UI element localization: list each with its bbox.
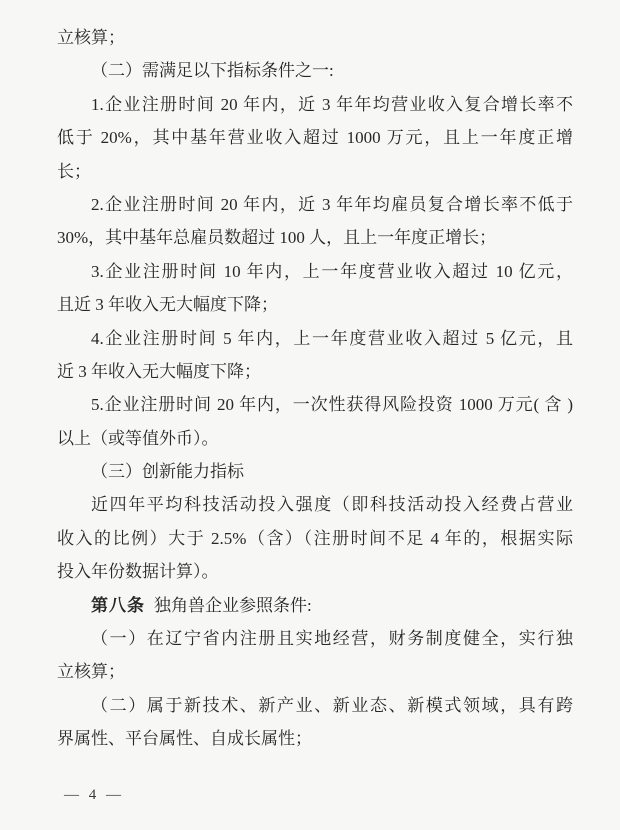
text-run: 30%，其中基年总雇员数超过 100 人，且上一年度正增长；	[57, 228, 496, 247]
text-line: 近 3 年收入无大幅度下降；	[57, 355, 573, 388]
text-line: 收入的比例）大于 2.5%（含）（注册时间不足 4 年的，根据实际	[57, 522, 573, 555]
text-run: 长；	[57, 162, 91, 181]
text-line: 1.企业注册时间 20 年内，近 3 年年均营业收入复合增长率不	[57, 88, 573, 121]
text-line: 以上（或等值外币）。	[57, 422, 573, 455]
text-run: 投入年份数据计算）。	[57, 562, 219, 581]
text-run: 近四年平均科技活动投入强度（即科技活动投入经费占营业	[91, 495, 573, 514]
text-line: 2.企业注册时间 20 年内，近 3 年年均雇员复合增长率不低于	[57, 188, 573, 221]
text-run: 1.企业注册时间 20 年内，近 3 年年均营业收入复合增长率不	[91, 95, 573, 114]
text-run: 收入的比例）大于 2.5%（含）（注册时间不足 4 年的，根据实际	[57, 529, 573, 548]
text-run: 5.企业注册时间 20 年内，一次性获得风险投资 1000 万元( 含 )	[91, 395, 573, 414]
text-line: 立核算；	[57, 21, 573, 54]
text-run: （一）在辽宁省内注册且实地经营，财务制度健全，实行独	[91, 629, 573, 648]
text-run: 4.企业注册时间 5 年内，上一年度营业收入超过 5 亿元，且	[91, 329, 573, 348]
text-run: （二）需满足以下指标条件之一:	[91, 61, 334, 80]
text-line: 立核算；	[57, 655, 573, 688]
text-line: （二）需满足以下指标条件之一:	[57, 54, 573, 87]
text-line: （二）属于新技术、新产业、新业态、新模式领域，具有跨	[57, 689, 573, 722]
text-run: 低于 20%，其中基年营业收入超过 1000 万元，且上一年度正增	[57, 128, 573, 147]
text-run: 2.企业注册时间 20 年内，近 3 年年均雇员复合增长率不低于	[91, 195, 573, 214]
text-line: 近四年平均科技活动投入强度（即科技活动投入经费占营业	[57, 488, 573, 521]
text-run: 立核算；	[57, 662, 125, 681]
text-line: 长；	[57, 155, 573, 188]
text-run: 独角兽企业参照条件:	[154, 596, 312, 615]
text-line: 且近 3 年收入无大幅度下降；	[57, 288, 573, 321]
text-line: （一）在辽宁省内注册且实地经营，财务制度健全，实行独	[57, 622, 573, 655]
text-run: 3.企业注册时间 10 年内，上一年度营业收入超过 10 亿元，	[91, 262, 573, 281]
text-line: 投入年份数据计算）。	[57, 555, 573, 588]
text-line: 界属性、平台属性、自成长属性；	[57, 722, 573, 755]
text-line: 4.企业注册时间 5 年内，上一年度营业收入超过 5 亿元，且	[57, 322, 573, 355]
page-number: — 4 —	[64, 787, 124, 804]
text-line: （三）创新能力指标	[57, 455, 573, 488]
text-line: 5.企业注册时间 20 年内，一次性获得风险投资 1000 万元( 含 )	[57, 388, 573, 421]
text-run: （二）属于新技术、新产业、新业态、新模式领域，具有跨	[91, 696, 573, 715]
document-page: 立核算；（二）需满足以下指标条件之一:1.企业注册时间 20 年内，近 3 年年…	[0, 0, 620, 830]
text-run: 且近 3 年收入无大幅度下降；	[57, 295, 278, 314]
document-body: 立核算；（二）需满足以下指标条件之一:1.企业注册时间 20 年内，近 3 年年…	[57, 21, 573, 756]
article-heading: 第八条	[91, 596, 145, 615]
text-run: 界属性、平台属性、自成长属性；	[57, 729, 312, 748]
text-line: 低于 20%，其中基年营业收入超过 1000 万元，且上一年度正增	[57, 121, 573, 154]
text-run: （三）创新能力指标	[91, 462, 244, 481]
text-line: 3.企业注册时间 10 年内，上一年度营业收入超过 10 亿元，	[57, 255, 573, 288]
text-run: 立核算；	[57, 28, 125, 47]
text-run: 以上（或等值外币）。	[57, 429, 219, 448]
text-line: 第八条独角兽企业参照条件:	[57, 589, 573, 622]
text-line: 30%，其中基年总雇员数超过 100 人，且上一年度正增长；	[57, 221, 573, 254]
text-run: 近 3 年收入无大幅度下降；	[57, 362, 261, 381]
